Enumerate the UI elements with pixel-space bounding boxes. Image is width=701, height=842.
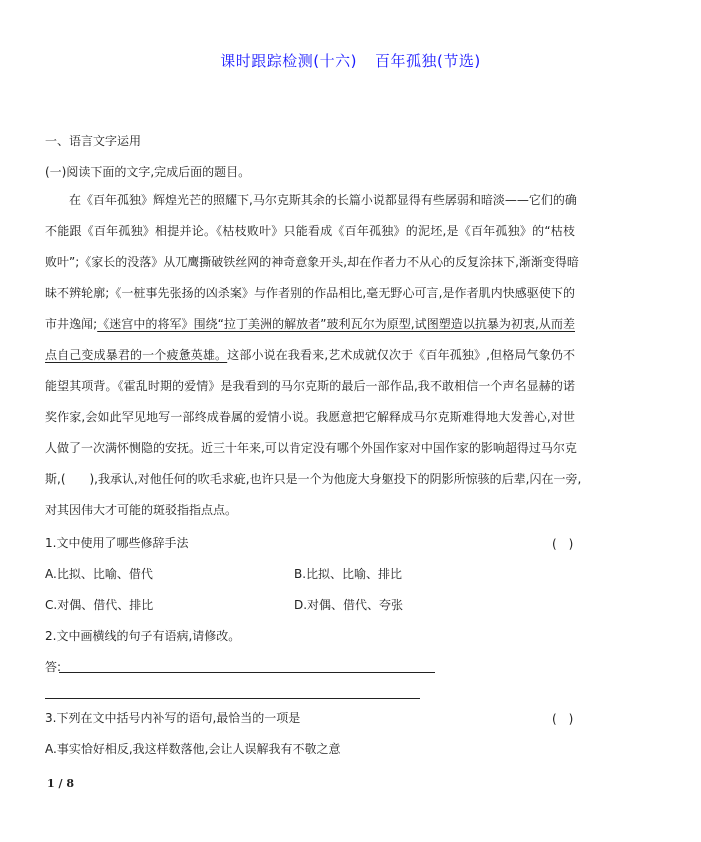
answer-line-1[interactable] [59,672,435,673]
passage-text: 这部小说在我看来,艺术成就仅次于《百年孤独》,但格局气象仍不 [227,348,575,362]
title-text: 百年孤独(节选) [375,52,481,70]
passage-text: 市井逸闻; [45,317,97,331]
reading-instruction: (一)阅读下面的文字,完成后面的题目。 [45,164,250,180]
underlined-sentence-end: 点自己变成暴君的一个疲惫英雄。 [45,348,227,362]
question-3-option-a[interactable]: A.事实恰好相反,我这样数落他,会让人误解我有不敬之意 [45,741,340,757]
passage-line: 人做了一次满怀恻隐的安抚。近三十年来,可以肯定没有哪个外国作家对中国作家的影响超… [45,440,575,471]
question-2-stem: 2.文中画横线的句子有语病,请修改。 [45,628,240,644]
question-1-option-d[interactable]: D.对偶、借代、夸张 [294,597,403,613]
passage-line: 败叶”;《家长的没落》从兀鹰撕破铁丝网的神奇意象开头,却在作者力不从心的反复涂抹… [45,254,575,285]
passage-line: 昧不辨轮廓;《一桩事先张扬的凶杀案》与作者别的作品相比,毫无野心可言,是作者肌内… [45,285,575,316]
underlined-sentence: 《迷宫中的将军》围绕“拉丁美洲的解放者”玻利瓦尔为原型,试图塑造以抗暴为初衷,从… [97,317,575,331]
passage-line: 斯,( ),我承认,对他任何的吹毛求疵,也许只是一个为他庞大身躯投下的阴影所惊骇… [45,471,575,502]
answer-line-2[interactable] [45,698,420,699]
passage-line: 市井逸闻;《迷宫中的将军》围绕“拉丁美洲的解放者”玻利瓦尔为原型,试图塑造以抗暴… [45,316,575,347]
question-1-option-b[interactable]: B.比拟、比喻、排比 [294,566,402,582]
section-heading: 一、语言文字运用 [45,133,141,149]
question-1-stem: 1.文中使用了哪些修辞手法 [45,535,188,551]
passage-line: 对其因伟大才可能的斑驳指指点点。 [45,502,575,533]
passage-line: 奖作家,会如此罕见地写一部终成眷属的爱情小说。我愿意把它解释成马尔克斯难得地大发… [45,409,575,440]
reading-passage: 在《百年孤独》辉煌光芒的照耀下,马尔克斯其余的长篇小说都显得有些孱弱和暗淡——它… [45,192,575,533]
question-1-answer-bracket[interactable]: ( ) [552,535,573,552]
passage-line: 不能跟《百年孤独》相提并论。《枯枝败叶》只能看成《百年孤独》的泥坯,是《百年孤独… [45,223,575,254]
question-3-answer-bracket[interactable]: ( ) [552,710,573,727]
question-1-option-a[interactable]: A.比拟、比喻、借代 [45,566,153,582]
question-3-stem: 3.下列在文中括号内补写的语句,最恰当的一项是 [45,710,300,726]
page-title: 课时跟踪检测(十六)百年孤独(节选) [0,50,701,71]
page-number: 1 / 8 [47,777,74,790]
question-1-option-c[interactable]: C.对偶、借代、排比 [45,597,153,613]
passage-line: 能望其项背。《霍乱时期的爱情》是我看到的马尔克斯的最后一部作品,我不敢相信一个声… [45,378,575,409]
passage-line: 在《百年孤独》辉煌光芒的照耀下,马尔克斯其余的长篇小说都显得有些孱弱和暗淡——它… [45,192,575,223]
passage-line: 点自己变成暴君的一个疲惫英雄。这部小说在我看来,艺术成就仅次于《百年孤独》,但格… [45,347,575,378]
title-series: 课时跟踪检测(十六) [220,52,357,70]
